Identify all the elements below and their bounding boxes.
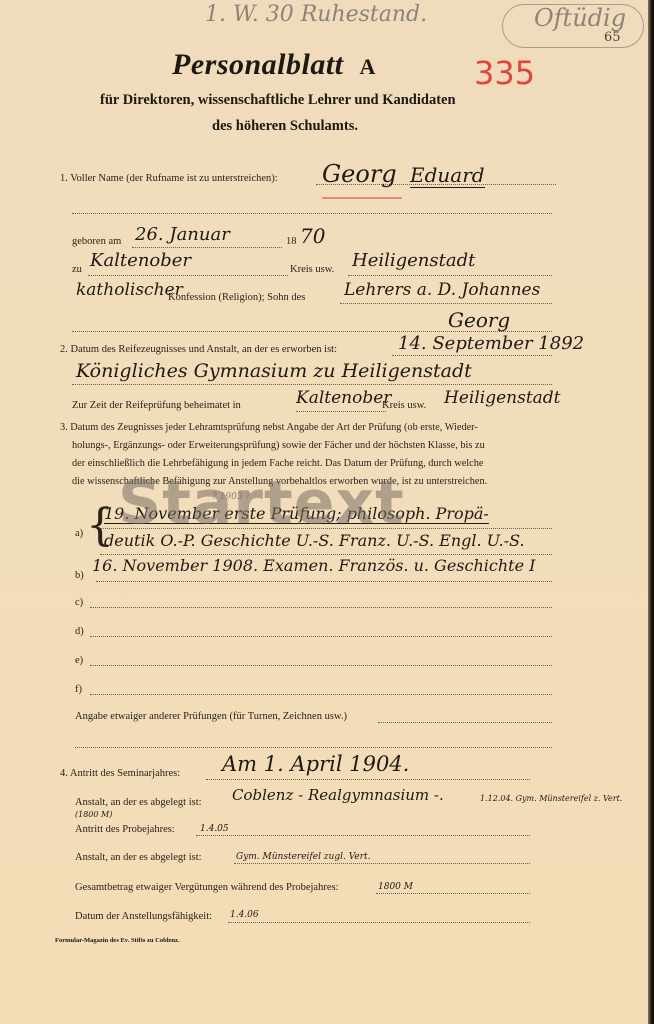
born-date: 26. Januar [135, 224, 230, 245]
place-line [88, 274, 288, 276]
page-number: 65 [604, 30, 621, 45]
birth-kreis: Heiligenstadt [352, 250, 475, 271]
matura-home: Kaltenober [296, 388, 391, 408]
full-name-second: Eduard [410, 163, 485, 188]
pencil-annotation-top: 1. W. 30 Ruhestand. [205, 2, 427, 27]
confession: katholischer [76, 280, 183, 300]
form-title-text: Personalblatt [172, 48, 344, 81]
exam-entry-e-line [90, 664, 552, 666]
seminar-institution-label: Anstalt, an der es abgelegt ist: [75, 797, 202, 808]
father-name-line2: Georg [448, 308, 510, 332]
born-label: geboren am [72, 236, 121, 247]
exam-entry-e-letter: e) [75, 655, 83, 666]
exam-label-line2: holungs-, Ergänzungs- oder Erweiterungsp… [72, 440, 485, 451]
matura-date-line [392, 354, 552, 356]
form-title: Personalblatt A [172, 48, 376, 82]
kreis-label: Kreis usw. [290, 264, 334, 275]
born-date-line [132, 246, 282, 248]
confession-label: Konfession (Religion); Sohn des [168, 292, 305, 303]
full-name-label: 1. Voller Name (der Rufname ist zu unter… [60, 173, 278, 184]
exam-entry-f-line [90, 693, 552, 695]
probation-institution-label: Anstalt, an der es abgelegt ist: [75, 852, 202, 863]
watermark: Startext [118, 468, 405, 538]
father-line [340, 302, 552, 304]
eligibility-label: Datum der Anstellungsfähigkeit: [75, 911, 212, 922]
exam-entry-b-letter: b) [75, 570, 84, 581]
exam-entry-b-line [96, 580, 552, 582]
remuneration: 1800 M [378, 882, 413, 892]
matura-date: 14. September 1892 [398, 333, 584, 354]
matura-home-label: Zur Zeit der Reifeprüfung beheimatet in [72, 400, 241, 411]
pencil-annotation-right: Oftüdig [534, 4, 626, 32]
matura-school: Königliches Gymnasium zu Heiligenstadt [76, 360, 472, 382]
exam-entry-a-letter: a) [75, 528, 83, 539]
document-page: 1. W. 30 Ruhestand. Oftüdig 65 335 Perso… [0, 0, 648, 1024]
matura-home-kreis-label: Kreis usw. [382, 400, 426, 411]
eligibility-line [228, 921, 530, 923]
other-exams-line [378, 721, 552, 723]
born-year-prefix: 18 [286, 236, 297, 247]
probation-start: 1.4.05 [200, 824, 229, 834]
born-year-suffix: 70 [300, 224, 325, 248]
form-title-letter: A [360, 54, 376, 79]
full-name-field-line2 [72, 212, 552, 214]
rufname-red-underline [322, 197, 402, 199]
exam-entry-c-line [90, 606, 552, 608]
full-name-rufname: Georg [322, 160, 397, 188]
matura-label: 2. Datum des Reifezeugnisses und Anstalt… [60, 344, 337, 355]
seminar-institution-note2: (1800 M) [75, 810, 112, 819]
other-exams-label: Angabe etwaiger anderer Prüfungen (für T… [75, 711, 347, 722]
matura-home-kreis: Heiligenstadt [444, 388, 561, 408]
probation-institution: Gym. Münstereifel zugl. Vert. [236, 852, 370, 862]
birth-place: Kaltenober [90, 250, 191, 271]
page-edge-shadow [648, 0, 654, 1024]
exam-entry-d-letter: d) [75, 626, 84, 637]
seminar-institution-note: 1.12.04. Gym. Münstereifel z. Vert. [480, 794, 622, 803]
remuneration-line [376, 892, 530, 894]
seminar-start-line [206, 778, 530, 780]
other-exams-line2 [75, 746, 552, 748]
exam-entry-f-letter: f) [75, 684, 82, 695]
form-subtitle-line1: für Direktoren, wissenschaftliche Lehrer… [100, 92, 456, 109]
exam-entry-a-line2 [100, 553, 552, 555]
seminar-institution: Coblenz - Realgymnasium -. [232, 786, 444, 804]
exam-label-line1: 3. Datum des Zeugnisses jeder Lehramtspr… [60, 422, 478, 433]
seminar-start: Am 1. April 1904. [222, 752, 409, 776]
eligibility-date: 1.4.06 [230, 910, 259, 920]
probation-start-line [196, 834, 530, 836]
probation-start-label: Antritt des Probejahres: [75, 824, 175, 835]
probation-institution-line [234, 862, 530, 864]
red-file-number: 335 [474, 54, 535, 92]
exam-entry-d-line [90, 635, 552, 637]
matura-home-line [296, 410, 386, 412]
exam-entry-c-letter: c) [75, 597, 83, 608]
place-label: zu [72, 264, 82, 275]
kreis-line [348, 274, 552, 276]
exam-entry-b-text: 16. November 1908. Examen. Französ. u. G… [92, 556, 535, 575]
publisher-imprint: Formular-Magazin des Ev. Stifts zu Coble… [55, 937, 180, 944]
seminar-start-label: 4. Antritt des Seminarjahres: [60, 768, 180, 779]
remuneration-label: Gesamtbetrag etwaiger Vergütungen währen… [75, 882, 338, 893]
father-occupation-name: Lehrers a. D. Johannes [344, 280, 540, 300]
matura-school-line [72, 383, 552, 385]
form-subtitle-line2: des höheren Schulamts. [212, 118, 358, 135]
